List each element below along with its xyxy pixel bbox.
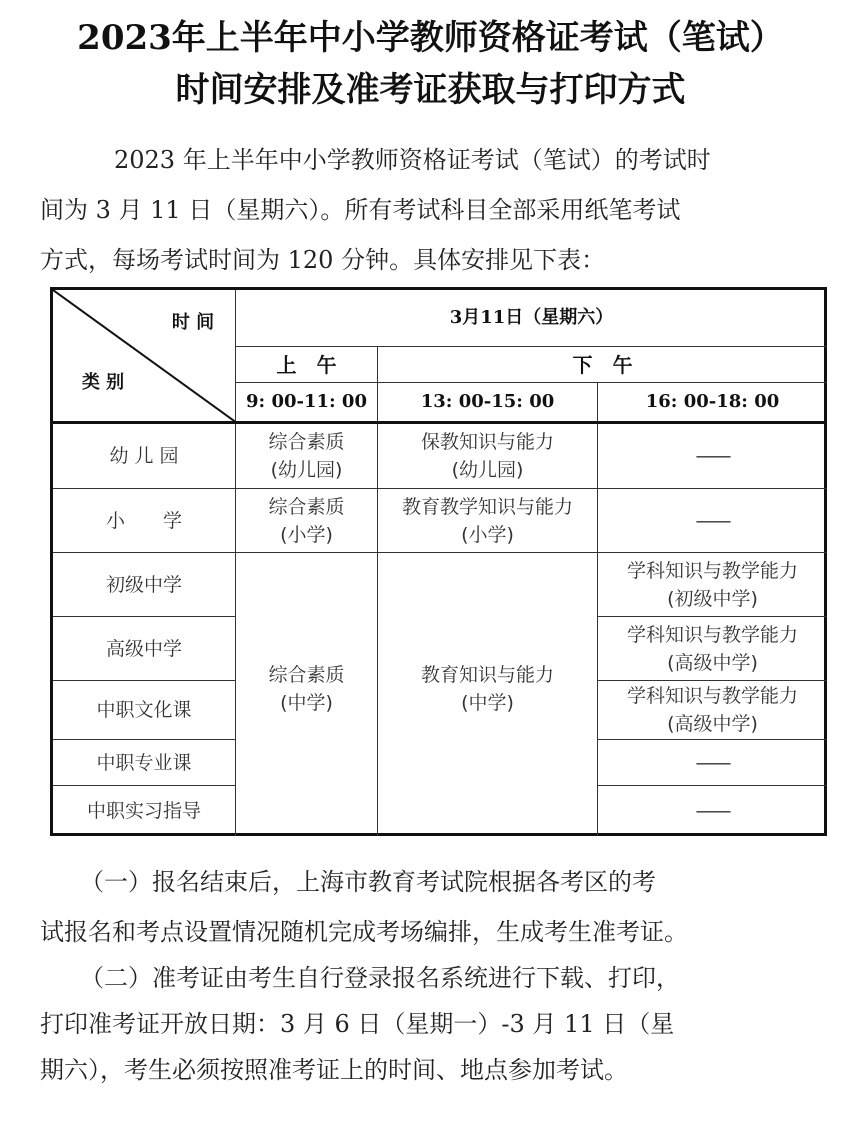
- subject-level: (高级中学): [667, 649, 758, 677]
- corner-time-label: 时 间: [153, 308, 233, 338]
- kindergarten-slot2: 保教知识与能力 (幼儿园): [378, 424, 597, 488]
- note2-line-1: （二）准考证由考生自行登录报名系统进行下载、打印，: [80, 958, 680, 993]
- senior-high-slot3: 学科知识与教学能力 (高级中学): [598, 617, 827, 680]
- secondary-slot1-merged: 综合素质 (中学): [236, 553, 377, 836]
- morning-header: 上 午: [236, 347, 377, 382]
- kindergarten-slot1: 综合素质 (幼儿园): [236, 424, 377, 488]
- subject-level: (中学): [461, 689, 514, 717]
- vocational-culture-slot3: 学科知识与教学能力 (高级中学): [598, 681, 827, 739]
- subject-name: 保教知识与能力: [421, 428, 554, 456]
- kindergarten-slot3: ——: [598, 424, 827, 488]
- subject-level: (初级中学): [667, 585, 758, 613]
- note2-line-2: 打印准考证开放日期：3 月 6 日（星期一）-3 月 11 日（星: [40, 1004, 674, 1039]
- subject-level: (中学): [280, 689, 333, 717]
- slot-2-time: 13: 00-15: 00: [378, 383, 597, 421]
- subject-level: (高级中学): [667, 710, 758, 738]
- note1-line-1: （一）报名结束后，上海市教育考试院根据各考区的考: [80, 862, 656, 897]
- category-vocational-practice: 中职实习指导: [53, 786, 235, 836]
- primary-slot2: 教育教学知识与能力 (小学): [378, 489, 597, 552]
- subject-level: (小学): [280, 521, 333, 549]
- slot-1-time: 9: 00-11: 00: [236, 383, 377, 421]
- primary-slot1: 综合素质 (小学): [236, 489, 377, 552]
- subject-name: 学科知识与教学能力: [627, 557, 798, 585]
- junior-high-slot3: 学科知识与教学能力 (初级中学): [598, 553, 827, 616]
- secondary-slot2-merged: 教育知识与能力 (中学): [378, 553, 597, 836]
- subject-name: 教育知识与能力: [421, 661, 554, 689]
- subject-name: 学科知识与教学能力: [627, 682, 798, 710]
- category-kindergarten: 幼 儿 园: [53, 424, 235, 488]
- subject-name: 学科知识与教学能力: [627, 621, 798, 649]
- category-primary: 小 学: [53, 489, 235, 552]
- intro-line-2: 间为 3 月 11 日（星期六）。所有考试科目全部采用纸笔考试: [40, 190, 680, 225]
- note2-line-3: 期六），考生必须按照准考证上的时间、地点参加考试。: [40, 1050, 628, 1085]
- subject-name: 综合素质: [268, 493, 344, 521]
- intro-line-1: 2023 年上半年中小学教师资格证考试（笔试）的考试时: [114, 140, 711, 175]
- exam-schedule-table: 时 间 类 别 3月11日（星期六） 上 午 下 午 9: 00-11: 00 …: [50, 287, 827, 836]
- vocational-major-slot3: ——: [598, 740, 827, 785]
- subject-name: 综合素质: [268, 428, 344, 456]
- afternoon-header: 下 午: [378, 347, 827, 382]
- primary-slot3: ——: [598, 489, 827, 552]
- intro-line-3: 方式，每场考试时间为 120 分钟。具体安排见下表：: [40, 240, 605, 275]
- title-line-1: 2023年上半年中小学教师资格证考试（笔试）: [0, 10, 861, 59]
- category-vocational-culture: 中职文化课: [53, 681, 235, 739]
- subject-level: (幼儿园): [452, 456, 524, 484]
- category-senior-high: 高级中学: [53, 617, 235, 680]
- subject-name: 教育教学知识与能力: [402, 493, 573, 521]
- vocational-practice-slot3: ——: [598, 786, 827, 836]
- subject-name: 综合素质: [268, 661, 344, 689]
- date-header: 3月11日（星期六）: [236, 290, 827, 346]
- category-vocational-major: 中职专业课: [53, 740, 235, 785]
- title-line-2: 时间安排及准考证获取与打印方式: [0, 62, 861, 111]
- slot-3-time: 16: 00-18: 00: [598, 383, 827, 421]
- subject-level: (幼儿园): [271, 456, 343, 484]
- category-junior-high: 初级中学: [53, 553, 235, 616]
- note1-line-2: 试报名和考点设置情况随机完成考场编排，生成考生准考证。: [40, 912, 688, 947]
- subject-level: (小学): [461, 521, 514, 549]
- corner-category-label: 类 别: [63, 368, 143, 398]
